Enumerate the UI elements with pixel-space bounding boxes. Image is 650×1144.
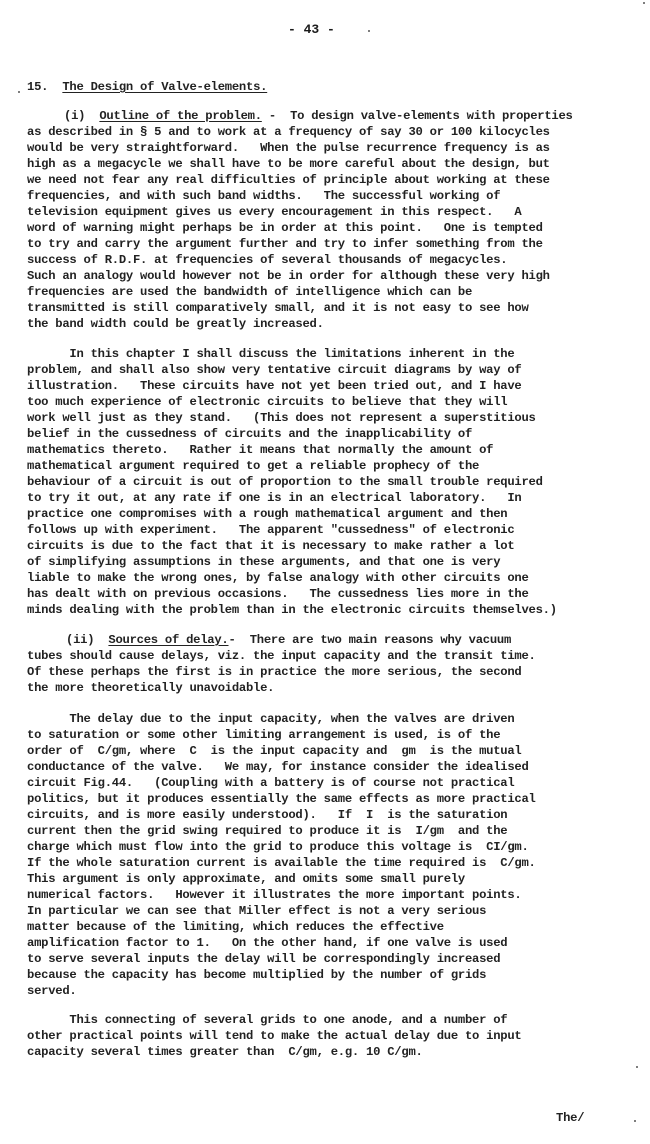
subsection-label: (ii)	[66, 633, 94, 647]
text-line: to try it out, at any rate if one is in …	[27, 491, 521, 506]
text-line: The delay due to the input capacity, whe…	[27, 712, 514, 727]
text-line: illustration. These circuits have not ye…	[27, 379, 521, 394]
subsection-lead: - There are two main reasons why vacuum	[229, 633, 512, 647]
page-number: - 43 -	[288, 22, 335, 37]
text-line: In particular we can see that Miller eff…	[27, 904, 486, 919]
text-line: frequencies, and with such band widths. …	[27, 189, 500, 204]
text-line: success of R.D.F. at frequencies of seve…	[27, 253, 507, 268]
text-line: the more theoretically unavoidable.	[27, 681, 274, 696]
document-page: - 43 - 15. The Design of Valve-elements.…	[0, 0, 650, 1144]
text-line: frequencies are used the bandwidth of in…	[27, 285, 472, 300]
text-line: has dealt with on previous occasions. Th…	[27, 587, 529, 602]
text-line: minds dealing with the problem than in t…	[27, 603, 557, 618]
text-line: circuits, and is more easily understood)…	[27, 808, 507, 823]
subsection-heading-sources-of-delay: (ii) Sources of delay.- There are two ma…	[66, 633, 511, 648]
subsection-title: Outline of the problem.	[99, 109, 261, 123]
subsection-heading-outline: (i) Outline of the problem. - To design …	[64, 109, 573, 124]
text-line: served.	[27, 984, 76, 999]
text-line: circuit Fig.44. (Coupling with a battery…	[27, 776, 514, 791]
scan-speck	[368, 30, 370, 32]
text-line: to serve several inputs the delay will b…	[27, 952, 500, 967]
subsection-title: Sources of delay.	[108, 633, 228, 647]
text-line: order of C/gm, where C is the input capa…	[27, 744, 521, 759]
text-line: amplification factor to 1. On the other …	[27, 936, 507, 951]
scan-speck	[636, 1066, 638, 1068]
text-line: problem, and shall also show very tentat…	[27, 363, 521, 378]
text-line: conductance of the valve. We may, for in…	[27, 760, 529, 775]
section-title: The Design of Valve-elements.	[62, 80, 267, 94]
text-line: to saturation or some other limiting arr…	[27, 728, 500, 743]
text-line: matter because of the limiting, which re…	[27, 920, 444, 935]
catchword: The/	[556, 1111, 584, 1126]
text-line: mathematical argument required to get a …	[27, 459, 479, 474]
scan-speck	[634, 1120, 636, 1122]
text-line: too much experience of electronic circui…	[27, 395, 507, 410]
text-line: would be very straightforward. When the …	[27, 141, 550, 156]
subsection-lead: - To design valve-elements with properti…	[262, 109, 573, 123]
text-line: because the capacity has become multipli…	[27, 968, 486, 983]
text-line: follows up with experiment. The apparent…	[27, 523, 514, 538]
text-line: high as a megacycle we shall have to be …	[27, 157, 550, 172]
text-line: the band width could be greatly increase…	[27, 317, 324, 332]
section-heading: 15. The Design of Valve-elements.	[27, 80, 267, 95]
text-line: belief in the cussedness of circuits and…	[27, 427, 472, 442]
text-line: This argument is only approximate, and o…	[27, 872, 465, 887]
scan-speck	[643, 2, 645, 4]
text-line: television equipment gives us every enco…	[27, 205, 521, 220]
text-line: we need not fear any real difficulties o…	[27, 173, 550, 188]
text-line: If the whole saturation current is avail…	[27, 856, 536, 871]
text-line: In this chapter I shall discuss the limi…	[27, 347, 514, 362]
text-line: current then the grid swing required to …	[27, 824, 507, 839]
text-line: word of warning might perhaps be in orde…	[27, 221, 543, 236]
text-line: charge which must flow into the grid to …	[27, 840, 529, 855]
text-line: numerical factors. However it illustrate…	[27, 888, 521, 903]
text-line: behaviour of a circuit is out of proport…	[27, 475, 543, 490]
text-line: politics, but it produces essentially th…	[27, 792, 536, 807]
text-line: Such an analogy would however not be in …	[27, 269, 550, 284]
text-line: This connecting of several grids to one …	[27, 1013, 507, 1028]
text-line: mathematics thereto. Rather it means tha…	[27, 443, 493, 458]
text-line: Of these perhaps the first is in practic…	[27, 665, 521, 680]
text-line: to try and carry the argument further an…	[27, 237, 543, 252]
text-line: circuits is due to the fact that it is n…	[27, 539, 514, 554]
scan-speck	[18, 91, 20, 93]
text-line: capacity several times greater than C/gm…	[27, 1045, 423, 1060]
text-line: liable to make the wrong ones, by false …	[27, 571, 529, 586]
text-line: tubes should cause delays, viz. the inpu…	[27, 649, 536, 664]
text-line: practice one compromises with a rough ma…	[27, 507, 507, 522]
text-line: of simplifying assumptions in these argu…	[27, 555, 500, 570]
section-number: 15.	[27, 80, 48, 94]
text-line: work well just as they stand. (This does…	[27, 411, 536, 426]
text-line: transmitted is still comparatively small…	[27, 301, 529, 316]
text-line: as described in § 5 and to work at a fre…	[27, 125, 550, 140]
text-line: other practical points will tend to make…	[27, 1029, 521, 1044]
subsection-label: (i)	[64, 109, 85, 123]
